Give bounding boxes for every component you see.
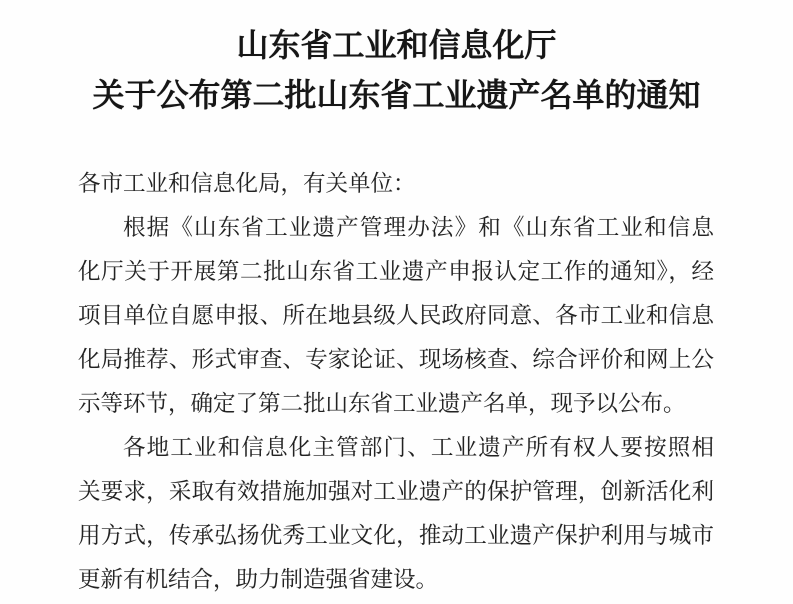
body-line: 根据《山东省工业遗产管理办法》和《山东省工业和信息 [78, 206, 714, 250]
body-lines-container: 各市工业和信息化局，有关单位：根据《山东省工业遗产管理办法》和《山东省工业和信息… [78, 162, 714, 602]
body-line: 项目单位自愿申报、所在地县级人民政府同意、各市工业和信息 [78, 294, 714, 338]
document-title-subject: 关于公布第二批山东省工业遗产名单的通知 [0, 70, 793, 120]
document-page: 山东省工业和信息化厅 关于公布第二批山东省工业遗产名单的通知 各市工业和信息化局… [0, 0, 793, 604]
document-title-issuer: 山东省工业和信息化厅 [0, 20, 793, 70]
body-line: 各市工业和信息化局，有关单位： [78, 162, 714, 206]
body-line: 用方式，传承弘扬优秀工业文化，推动工业遗产保护利用与城市 [78, 514, 714, 558]
body-line: 关要求，采取有效措施加强对工业遗产的保护管理，创新活化利 [78, 470, 714, 514]
body-line: 化局推荐、形式审查、专家论证、现场核查、综合评价和网上公 [78, 338, 714, 382]
body-line: 各地工业和信息化主管部门、工业遗产所有权人要按照相 [78, 426, 714, 470]
body-line: 化厅关于开展第二批山东省工业遗产申报认定工作的通知》，经 [78, 250, 714, 294]
body-line: 示等环节，确定了第二批山东省工业遗产名单，现予以公布。 [78, 382, 714, 426]
document-body: 各市工业和信息化局，有关单位：根据《山东省工业遗产管理办法》和《山东省工业和信息… [78, 162, 714, 602]
body-line: 更新有机结合，助力制造强省建设。 [78, 558, 714, 602]
document-title: 山东省工业和信息化厅 关于公布第二批山东省工业遗产名单的通知 [0, 20, 793, 120]
